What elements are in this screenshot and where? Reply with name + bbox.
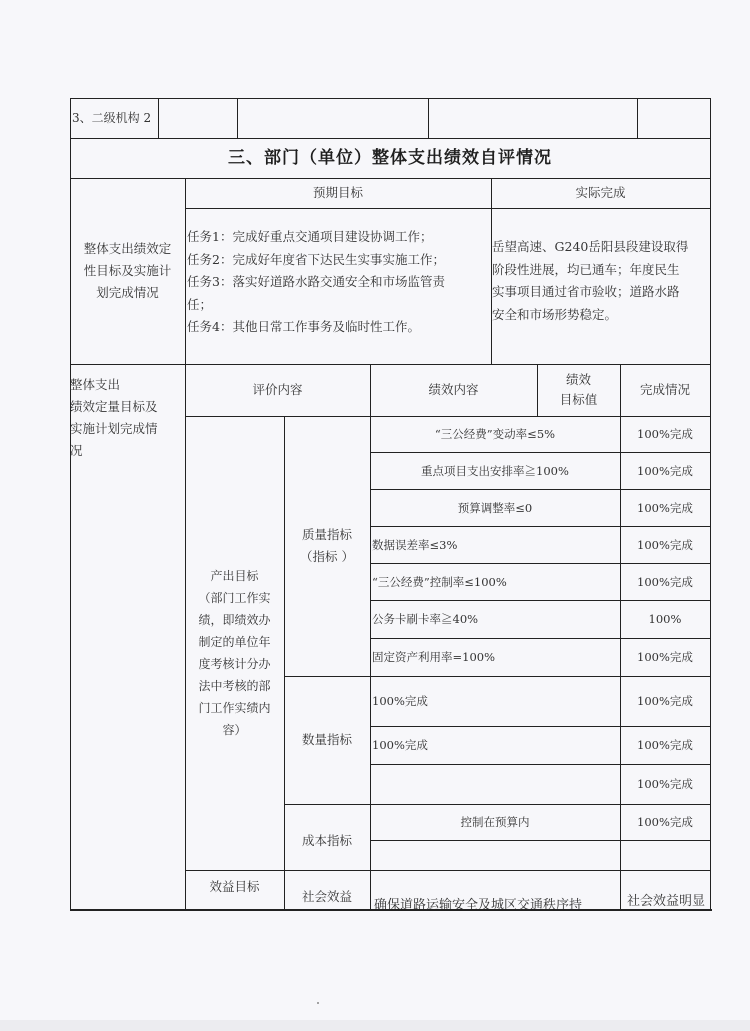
quality-row-4-content: 数据误差率≤3% (370, 526, 620, 563)
quantity-row-1-content: 100%完成 (370, 676, 620, 726)
cost-row-2-status (620, 840, 710, 870)
quality-row-2-content: 重点项目支出安排率≧100% (370, 452, 620, 489)
cost-indicator-label: 成本指标 (284, 804, 370, 870)
quantity-row-3-content (370, 764, 620, 804)
cost-row-1-status: 100%完成 (620, 804, 710, 840)
eval-content-header: 评价内容 (185, 364, 370, 416)
quality-indicator-label: 质量指标 （指标 ） (284, 416, 370, 676)
output-goal-label: 产出目标 （部门工作实 绩，即绩效办 制定的单位年 度考核计分办 法中考核的部 … (185, 416, 284, 870)
actual-completion-text: 岳望高速、G240岳阳县段建设取得 阶段性进展，均已通车；年度民生 实事项目通过… (491, 236, 710, 336)
org-cell-4 (637, 98, 710, 138)
task-1: 任务1：完成好重点交通项目建设协调工作； (187, 226, 432, 249)
table-bottom-rule (70, 909, 712, 911)
section-title: 三、部门（单位）整体支出绩效自评情况 (70, 138, 710, 178)
expected-task-list: 任务1：完成好重点交通项目建设协调工作； 任务2：完成好年度省下达民生实事实施工… (185, 226, 491, 346)
quality-row-1-status: 100%完成 (620, 416, 710, 452)
quality-row-5-status: 100%完成 (620, 563, 710, 600)
quality-row-3-content: 预算调整率≤0 (370, 489, 620, 526)
quantitative-row-label: 整体支出 绩效定量目标及 实施计划完成情 况 (70, 368, 185, 468)
org-cell-3 (428, 98, 637, 138)
quality-row-6-content: 公务卡刷卡率≧40% (370, 600, 620, 638)
quality-row-3-status: 100%完成 (620, 489, 710, 526)
perf-content-header: 绩效内容 (370, 364, 537, 416)
quality-row-7-content: 固定资产利用率=100% (370, 638, 620, 676)
benefit-status: 社会效益明显 (620, 888, 712, 916)
quality-row-1-content: “三公经费”变动率≤5% (370, 416, 620, 452)
perf-target-header: 绩效 目标值 (537, 364, 620, 416)
quantity-row-2-status: 100%完成 (620, 726, 710, 764)
completion-header: 完成情况 (620, 364, 710, 416)
quantity-row-1-status: 100%完成 (620, 676, 710, 726)
quantity-row-2-content: 100%完成 (370, 726, 620, 764)
benefit-goal-label: 效益目标 (185, 872, 284, 902)
task-2: 任务2：完成好年度省下达民生实事实施工作； (187, 249, 445, 272)
qualitative-row-label: 整体支出绩效定 性目标及实施计 划完成情况 (70, 178, 185, 364)
expected-goal-header: 预期目标 (185, 178, 491, 208)
task-3-cont: 任； (187, 294, 212, 317)
scan-page-edge (0, 1020, 750, 1031)
task-4: 任务4：其他日常工作事务及临时性工作。 (187, 316, 420, 339)
actual-completion-header: 实际完成 (491, 178, 710, 208)
cost-row-1-content: 控制在预算内 (370, 804, 620, 840)
social-benefit-label: 社会效益 (284, 882, 370, 912)
quantity-indicator-label: 数量指标 (284, 676, 370, 804)
quality-row-5-content: “三公经费”控制率≤100% (370, 563, 620, 600)
cost-row-2-content (370, 840, 620, 870)
benefit-content: 确保道路运输安全及城区交通秩序持 (372, 892, 620, 920)
quality-row-4-status: 100%完成 (620, 526, 710, 563)
quality-row-6-status: 100% (620, 600, 710, 638)
org-cell-2 (237, 98, 428, 138)
scan-speck (317, 1002, 319, 1004)
org-cell-1 (158, 98, 237, 138)
quantity-row-3-status: 100%完成 (620, 764, 710, 804)
task-3: 任务3：落实好道路水路交通安全和市场监管责 (187, 271, 445, 294)
org-label: 3、二级机构 2 (70, 98, 158, 138)
quality-row-7-status: 100%完成 (620, 638, 710, 676)
quality-row-2-status: 100%完成 (620, 452, 710, 489)
